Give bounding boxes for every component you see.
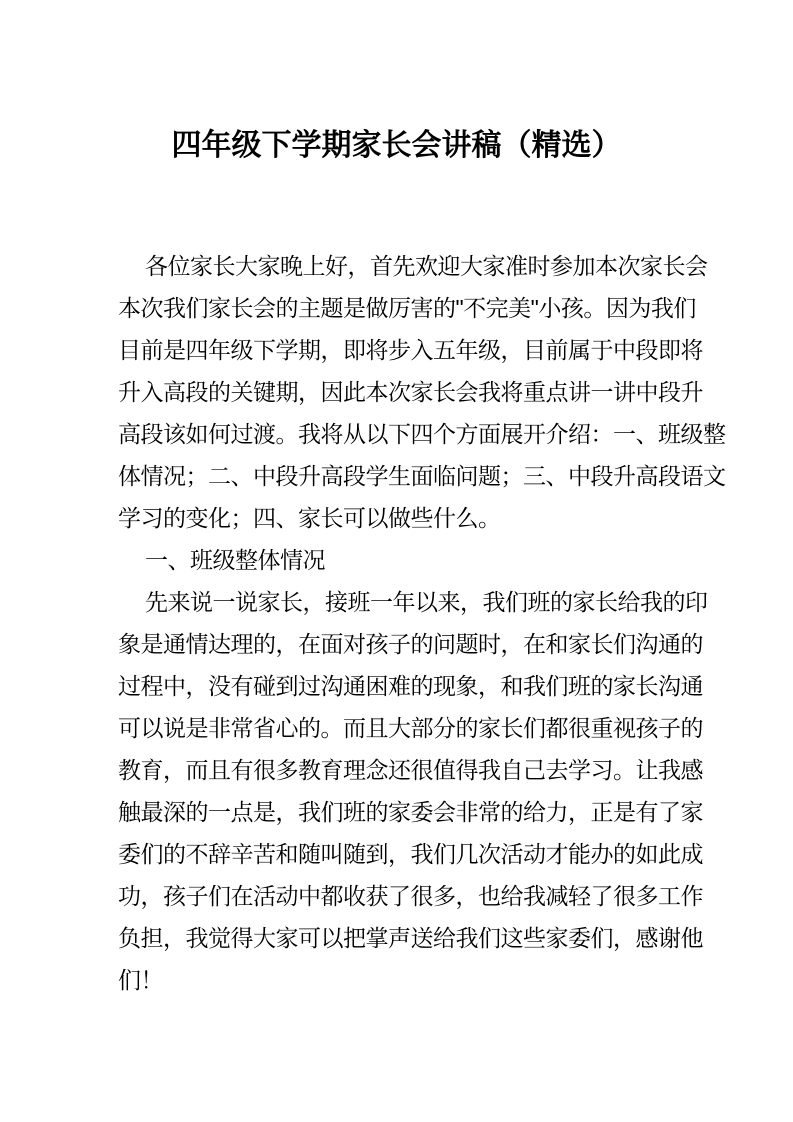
section-heading: 一、班级整体情况 [118, 539, 690, 581]
paragraph-line: 体情况；二、中段升高段学生面临问题；三、中段升高段语文 [118, 455, 690, 497]
paragraph-line: 教育，而且有很多教育理念还很值得我自己去学习。让我感 [118, 749, 690, 791]
paragraph-line: 升入高段的关键期，因此本次家长会我将重点讲一讲中段升 [118, 371, 690, 413]
paragraph-line: 先来说一说家长，接班一年以来，我们班的家长给我的印 [118, 581, 690, 623]
paragraph-line: 负担，我觉得大家可以把掌声送给我们这些家委们，感谢他 [118, 917, 690, 959]
paragraph-line: 触最深的一点是，我们班的家委会非常的给力，正是有了家 [118, 791, 690, 833]
paragraph-line: 各位家长大家晚上好，首先欢迎大家准时参加本次家长会 [118, 245, 690, 287]
paragraph-line: 目前是四年级下学期，即将步入五年级，目前属于中段即将 [118, 329, 690, 371]
paragraph-line: 高段该如何过渡。我将从以下四个方面展开介绍：一、班级整 [118, 413, 690, 455]
paragraph-line: 们！ [118, 959, 690, 1001]
paragraph-line: 过程中，没有碰到过沟通困难的现象，和我们班的家长沟通 [118, 665, 690, 707]
paragraph-line: 本次我们家长会的主题是做厉害的"不完美"小孩。因为我们 [118, 287, 690, 329]
paragraph-line: 可以说是非常省心的。而且大部分的家长们都很重视孩子的 [118, 707, 690, 749]
paragraph-line: 学习的变化；四、家长可以做些什么。 [118, 497, 690, 539]
paragraph-line: 委们的不辞辛苦和随叫随到，我们几次活动才能办的如此成 [118, 833, 690, 875]
document-page: 四年级下学期家长会讲稿（精选） 各位家长大家晚上好，首先欢迎大家准时参加本次家长… [0, 0, 793, 1122]
paragraph-line: 象是通情达理的，在面对孩子的问题时，在和家长们沟通的 [118, 623, 690, 665]
document-title: 四年级下学期家长会讲稿（精选） [0, 124, 793, 168]
paragraph-line: 功，孩子们在活动中都收获了很多，也给我减轻了很多工作 [118, 875, 690, 917]
document-body: 各位家长大家晚上好，首先欢迎大家准时参加本次家长会 本次我们家长会的主题是做厉害… [118, 245, 690, 1001]
